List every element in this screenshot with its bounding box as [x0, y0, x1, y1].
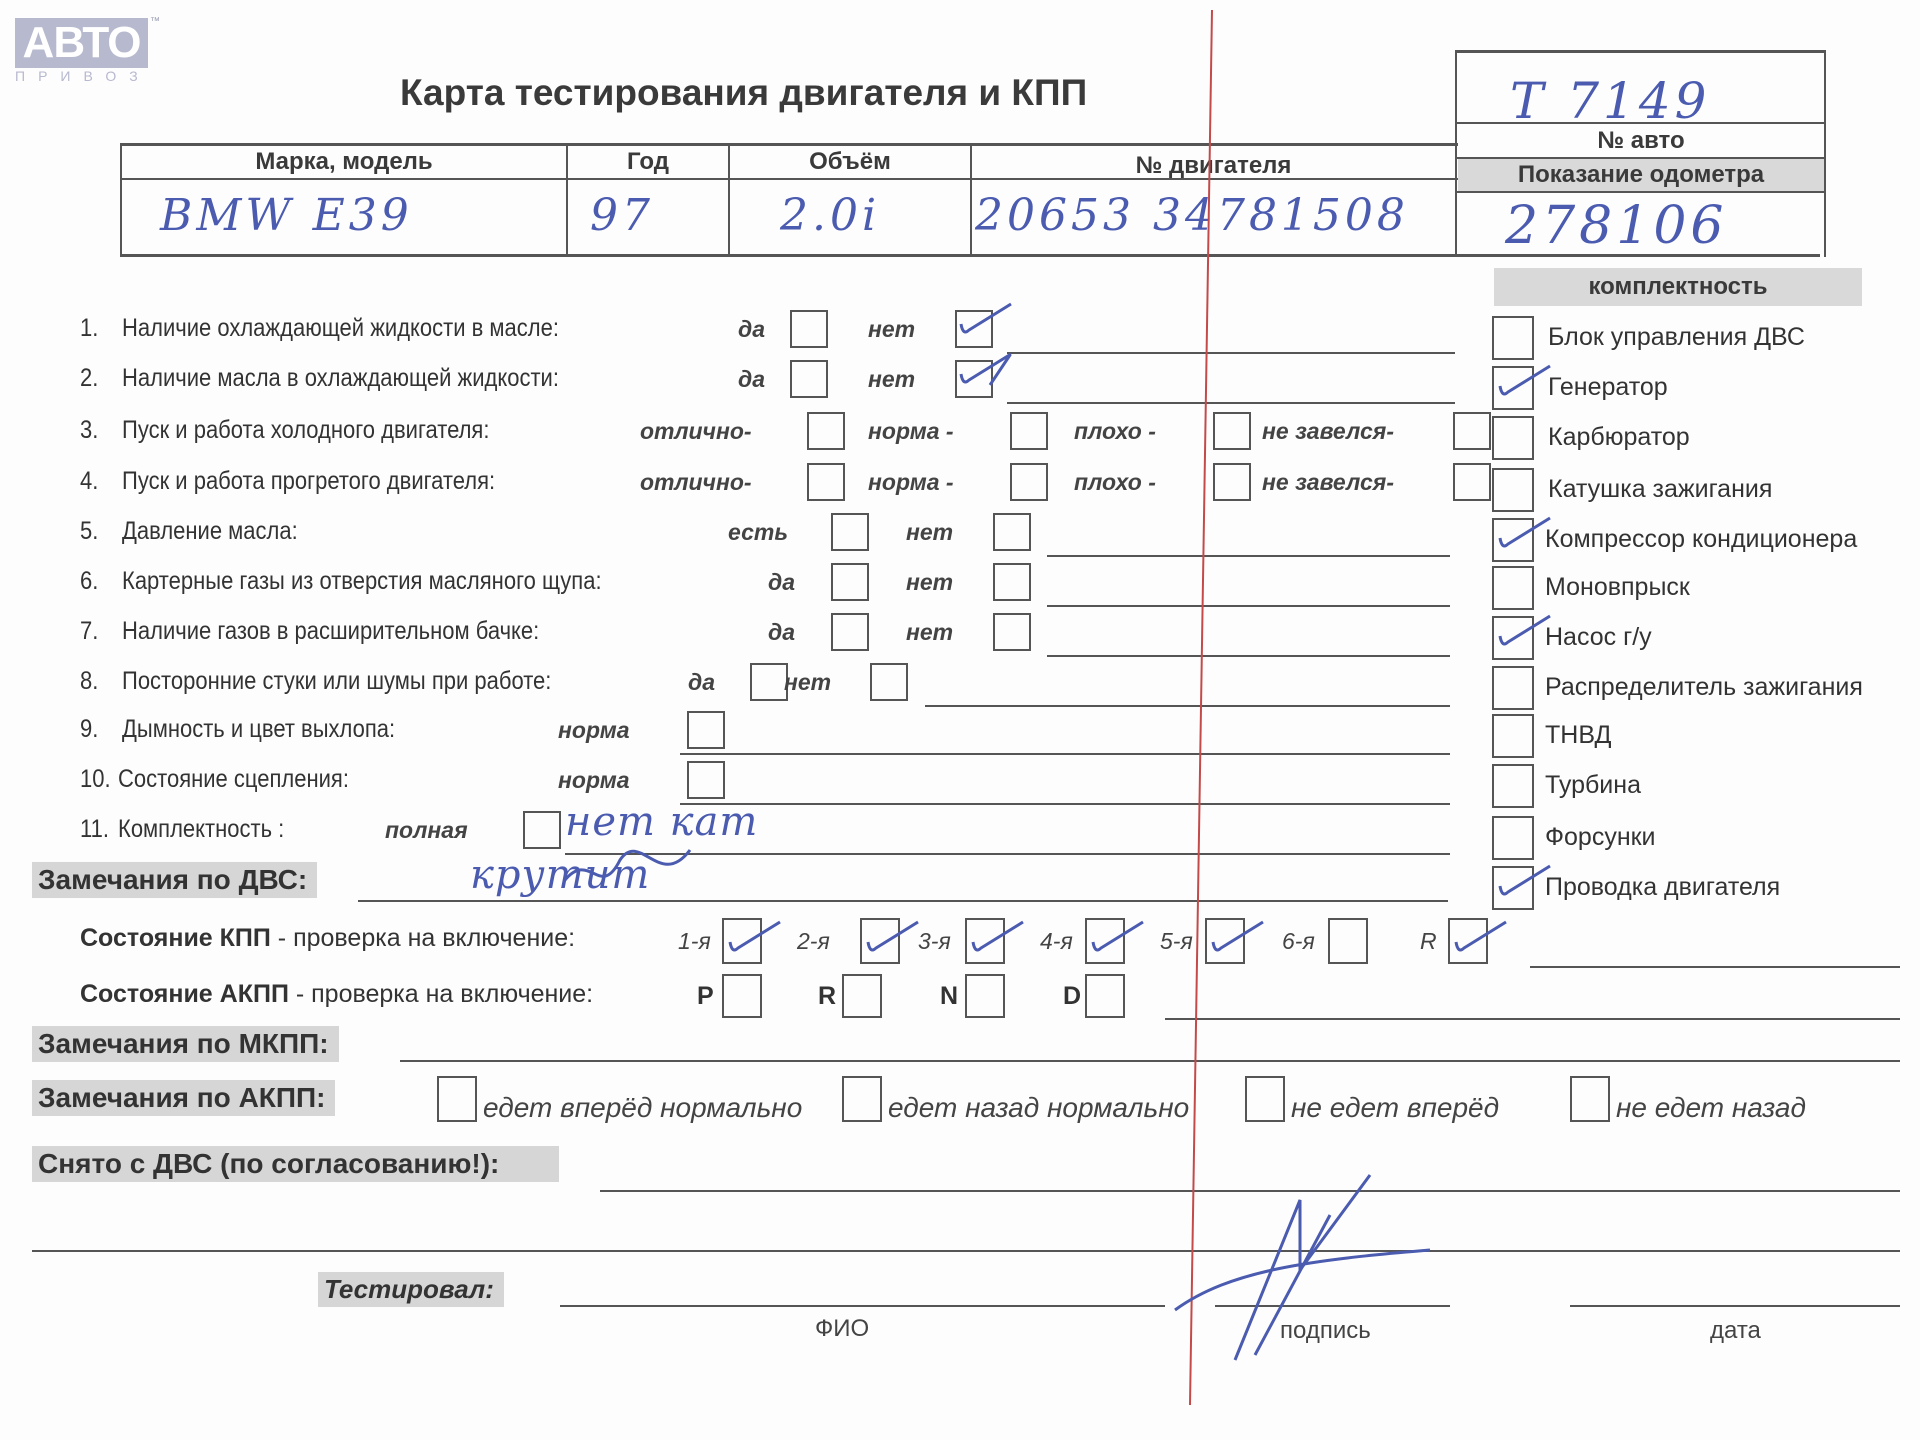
gear-checkbox[interactable] [965, 918, 1005, 964]
kit-checkbox[interactable] [1492, 816, 1534, 860]
question-text: Картерные газы из отверстия масляного щу… [122, 567, 602, 596]
gear-checkbox[interactable] [860, 918, 900, 964]
auto-gearbox-label: Состояние АКПП - проверка на включение: [80, 980, 593, 1009]
option-checkbox[interactable] [790, 310, 828, 348]
option-label: норма [558, 717, 630, 744]
akpp-option-label: едет вперёд нормально [483, 1092, 802, 1124]
option-checkbox[interactable] [523, 811, 561, 849]
question-notes-line[interactable] [1007, 352, 1455, 354]
page-title: Карта тестирования двигателя и КПП [400, 72, 1200, 114]
gear-checkbox[interactable] [1448, 918, 1488, 964]
question-text: Посторонние стуки или шумы при работе: [122, 667, 551, 696]
question-text: Наличие газов в расширительном бачке: [122, 617, 539, 646]
removed-line-1[interactable] [600, 1190, 1900, 1192]
option-label: да [768, 569, 795, 596]
gear-label: 1-я [678, 928, 711, 955]
mode-checkbox[interactable] [1085, 974, 1125, 1018]
plate-label: № авто [1458, 127, 1824, 155]
kit-item-label: Насос г/у [1545, 623, 1652, 652]
option-checkbox[interactable] [831, 563, 869, 601]
question-number: 7. [80, 617, 98, 646]
removed-line-2[interactable] [32, 1250, 1900, 1252]
akpp-option-checkbox[interactable] [437, 1076, 477, 1122]
option-checkbox[interactable] [807, 463, 845, 501]
question-text: Наличие масла в охлаждающей жидкости: [122, 364, 559, 393]
question-number: 3. [80, 416, 98, 445]
col-header-engine-number: № двигателя [972, 152, 1455, 180]
question-notes-line[interactable] [1047, 655, 1450, 657]
mode-checkbox[interactable] [842, 974, 882, 1018]
option-label: нет [906, 619, 953, 646]
kit-title: комплектность [1494, 273, 1862, 301]
engine-remarks-label: Замечания по ДВС: [32, 862, 317, 898]
mkpp-remarks-label: Замечания по МКПП: [32, 1026, 339, 1062]
kit-checkbox[interactable] [1492, 866, 1534, 910]
question-text: Пуск и работа холодного двигателя: [122, 416, 489, 445]
question-notes-line[interactable] [1047, 605, 1450, 607]
question-text: Состояние сцепления: [118, 765, 349, 794]
kit-checkbox[interactable] [1492, 416, 1534, 460]
kit-checkbox[interactable] [1492, 616, 1534, 660]
option-checkbox[interactable] [955, 310, 993, 348]
option-checkbox[interactable] [1213, 412, 1251, 450]
kit-checkbox[interactable] [1492, 468, 1534, 512]
option-checkbox[interactable] [1010, 412, 1048, 450]
tested-by-label: Тестировал: [318, 1272, 504, 1307]
mode-label: R [818, 982, 836, 1011]
question-number: 2. [80, 364, 98, 393]
kit-checkbox[interactable] [1492, 518, 1534, 562]
signature-line[interactable] [1215, 1305, 1450, 1307]
col-header-volume: Объём [730, 148, 970, 176]
akpp-option-label: не едет вперёд [1291, 1092, 1499, 1124]
option-label: норма [558, 767, 630, 794]
kit-item-label: Компрессор кондиционера [1545, 525, 1857, 554]
question-number: 6. [80, 567, 98, 596]
field-volume[interactable]: 2.0i [780, 190, 880, 241]
option-label: да [768, 619, 795, 646]
option-label: норма - [868, 418, 954, 445]
kit-item-label: Катушка зажигания [1548, 475, 1772, 504]
engine-remarks-line[interactable] [358, 900, 1448, 902]
kit-checkbox[interactable] [1492, 566, 1534, 610]
gear-checkbox[interactable] [722, 918, 762, 964]
signature-caption: подпись [1280, 1317, 1371, 1345]
akpp-remarks-label: Замечания по АКПП: [32, 1080, 335, 1116]
field-plate-number[interactable]: T 7149 [1510, 72, 1711, 130]
question-text: Пуск и работа прогретого двигателя: [122, 467, 495, 496]
akpp-option-label: едет назад нормально [888, 1092, 1189, 1124]
field-year[interactable]: 97 [590, 190, 654, 241]
kit-item-label: Распределитель зажигания [1545, 673, 1863, 702]
question-text: Комплектность : [118, 815, 284, 844]
option-label: плохо - [1074, 418, 1156, 445]
option-label: отлично- [640, 469, 752, 496]
option-label: нет [906, 519, 953, 546]
option-label: да [688, 669, 715, 696]
gear-label: 3-я [918, 928, 951, 955]
option-checkbox[interactable] [807, 412, 845, 450]
option-label: есть [728, 519, 788, 546]
option-checkbox[interactable] [1213, 463, 1251, 501]
option-checkbox[interactable] [1453, 412, 1491, 450]
gear-checkbox[interactable] [1085, 918, 1125, 964]
mode-checkbox[interactable] [965, 974, 1005, 1018]
option-checkbox[interactable] [750, 663, 788, 701]
option-checkbox[interactable] [831, 513, 869, 551]
question-number: 5. [80, 517, 98, 546]
question-note[interactable]: нет кат [565, 799, 758, 845]
option-label: отлично- [640, 418, 752, 445]
gear-label: 4-я [1040, 928, 1073, 955]
option-checkbox[interactable] [1010, 463, 1048, 501]
logo: АВТО [15, 18, 148, 68]
option-label: да [738, 366, 765, 393]
mode-label: N [940, 982, 958, 1011]
kit-checkbox[interactable] [1492, 764, 1534, 808]
question-notes-line[interactable] [1007, 402, 1455, 404]
fio-line[interactable] [560, 1305, 1165, 1307]
gear-checkbox[interactable] [1328, 918, 1368, 964]
question-notes-line[interactable] [925, 705, 1450, 707]
mode-label: D [1063, 982, 1081, 1011]
option-label: не завелся- [1262, 469, 1394, 496]
option-checkbox[interactable] [955, 360, 993, 398]
question-number: 4. [80, 467, 98, 496]
gear-label: 2-я [797, 928, 830, 955]
logo-trademark: ™ [150, 16, 160, 27]
auto-gearbox-line[interactable] [1165, 1018, 1900, 1020]
kit-item-label: Турбина [1545, 771, 1641, 800]
kit-checkbox[interactable] [1492, 714, 1534, 758]
option-checkbox[interactable] [831, 613, 869, 651]
option-checkbox[interactable] [1453, 463, 1491, 501]
option-label: полная [385, 817, 468, 844]
mode-checkbox[interactable] [722, 974, 762, 1018]
field-engine-number[interactable]: 20653 34781508 [975, 190, 1409, 241]
option-label: норма - [868, 469, 954, 496]
kit-item-label: Генератор [1548, 373, 1668, 402]
question-number: 1. [80, 314, 98, 343]
date-caption: дата [1710, 1317, 1761, 1345]
question-text: Дымность и цвет выхлопа: [122, 715, 395, 744]
akpp-option-checkbox[interactable] [1245, 1076, 1285, 1122]
akpp-option-checkbox[interactable] [842, 1076, 882, 1122]
question-notes-line[interactable] [1047, 555, 1450, 557]
col-header-year: Год [568, 148, 728, 176]
gear-label: 5-я [1160, 928, 1193, 955]
question-text: Наличие охлаждающей жидкости в масле: [122, 314, 559, 343]
option-checkbox[interactable] [870, 663, 908, 701]
manual-gearbox-line[interactable] [1530, 966, 1900, 968]
kit-item-label: Карбюратор [1548, 423, 1690, 452]
mkpp-remarks-line[interactable] [400, 1060, 1900, 1062]
option-label: нет [868, 316, 915, 343]
kit-item-label: Блок управления ДВС [1548, 323, 1805, 352]
kit-item-label: ТНВД [1545, 721, 1611, 750]
question-notes-line[interactable] [680, 753, 1450, 755]
field-odometer[interactable]: 278106 [1505, 196, 1728, 256]
col-header-model: Марка, модель [122, 148, 566, 176]
question-notes-line[interactable] [680, 803, 1450, 805]
kit-item-label: Проводка двигателя [1545, 873, 1780, 902]
kit-item-label: Моновпрыск [1545, 573, 1690, 602]
gear-checkbox[interactable] [1205, 918, 1245, 964]
option-checkbox[interactable] [993, 613, 1031, 651]
date-line[interactable] [1570, 1305, 1900, 1307]
option-checkbox[interactable] [993, 513, 1031, 551]
option-label: не завелся- [1262, 418, 1394, 445]
question-notes-line[interactable] [565, 853, 1450, 855]
gear-label: 6-я [1282, 928, 1315, 955]
option-checkbox[interactable] [687, 711, 725, 749]
option-label: нет [906, 569, 953, 596]
question-number: 11. [80, 815, 109, 844]
option-checkbox[interactable] [687, 761, 725, 799]
fio-caption: ФИО [815, 1315, 869, 1343]
gear-label: R [1420, 928, 1437, 955]
option-label: да [738, 316, 765, 343]
option-checkbox[interactable] [790, 360, 828, 398]
akpp-option-label: не едет назад [1616, 1092, 1806, 1124]
odometer-label: Показание одометра [1458, 161, 1824, 189]
option-label: нет [868, 366, 915, 393]
mode-label: P [697, 982, 714, 1011]
kit-item-label: Форсунки [1545, 823, 1656, 852]
option-label: нет [784, 669, 831, 696]
kit-checkbox[interactable] [1492, 366, 1534, 410]
kit-checkbox[interactable] [1492, 666, 1534, 710]
option-label: плохо - [1074, 469, 1156, 496]
option-checkbox[interactable] [993, 563, 1031, 601]
question-number: 9. [80, 715, 98, 744]
removed-label: Снято с ДВС (по согласованию!): [32, 1146, 559, 1182]
kit-checkbox[interactable] [1492, 316, 1534, 360]
akpp-option-checkbox[interactable] [1570, 1076, 1610, 1122]
question-number: 8. [80, 667, 98, 696]
question-number: 10. [80, 765, 111, 794]
field-model[interactable]: BMW E39 [160, 190, 413, 241]
question-text: Давление масла: [122, 517, 298, 546]
engine-remarks-note[interactable]: крутит [470, 852, 650, 898]
logo-subtitle: ПРИВОЗ [15, 68, 155, 84]
manual-gearbox-label: Состояние КПП - проверка на включение: [80, 924, 575, 953]
